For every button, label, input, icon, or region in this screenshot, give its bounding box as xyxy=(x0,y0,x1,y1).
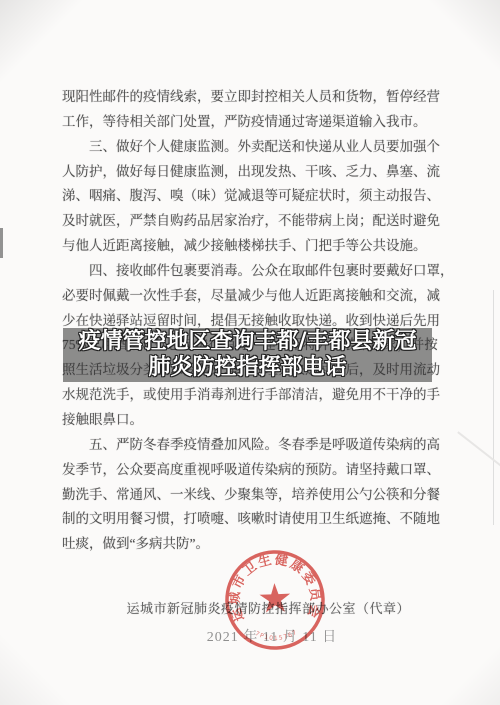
caption-overlay: 疫情管控地区查询丰都/丰都县新冠 肺炎防控指挥部电话 xyxy=(63,328,432,382)
body-line: 四、接收邮件包裹要消毒。公众在取邮件包裹时要戴好口罩， xyxy=(62,259,454,284)
svg-text:7P1015767: 7P1015767 xyxy=(254,628,299,642)
document-body: 现阳性邮件的疫情线索，要立即封控相关人员和货物，暂停经营 工作，等待相关部门处置… xyxy=(62,85,454,557)
body-line: 工作，等待相关部门处置，严防疫情通过寄递渠道输入我市。 xyxy=(62,110,454,135)
body-line: 水规范洗手，或使用手消毒剂进行手部清洁，避免用不干净的手 xyxy=(62,383,454,408)
caption-line-1: 疫情管控地区查询丰都/丰都县新冠 xyxy=(78,329,416,355)
body-line: 必要时佩戴一次性手套，尽量减少与他人近距离接触和交流，减 xyxy=(62,284,454,309)
scanned-document-page: 现阳性邮件的疫情线索，要立即封控相关人员和货物，暂停经营 工作，等待相关部门处置… xyxy=(0,0,500,705)
body-line: 三、做好个人健康监测。外卖配送和快递从业人员要加强个 xyxy=(62,135,454,160)
body-line: 现阳性邮件的疫情线索，要立即封控相关人员和货物，暂停经营 xyxy=(62,85,454,110)
body-line: 五、严防冬春季疫情叠加风险。冬春季是呼吸道传染病的高 xyxy=(62,433,454,458)
body-line: 涕、咽痛、腹泻、嗅（味）觉减退等可疑症状时，须主动报告、 xyxy=(62,184,454,209)
body-line: 及时就医，严禁自购药品居家治疗，不能带病上岗；配送时避免 xyxy=(62,209,454,234)
caption-line-2: 肺炎防控指挥部电话 xyxy=(148,355,346,381)
body-line: 勤洗手、常通风、一米线、少聚集等，培养使用公勺公筷和分餐 xyxy=(62,483,454,508)
body-line: 与他人近距离接触，减少接触楼梯扶手、门把手等公共设施。 xyxy=(62,234,454,259)
scan-edge-artifact xyxy=(0,228,3,258)
seal-code-text: 7P1015767 xyxy=(254,628,299,642)
body-line: 人防护，做好每日健康监测，出现发热、干咳、乏力、鼻塞、流 xyxy=(62,160,454,185)
scan-edge-artifact xyxy=(493,290,494,525)
official-seal: ★ 运城市卫生健康委员会 7P1015767 xyxy=(201,526,350,675)
body-line: 接触眼鼻口。 xyxy=(62,408,454,433)
star-icon: ★ xyxy=(256,575,293,622)
body-line: 发季节，公众要高度重视呼吸道传染病的预防。请坚持戴口罩、 xyxy=(62,458,454,483)
